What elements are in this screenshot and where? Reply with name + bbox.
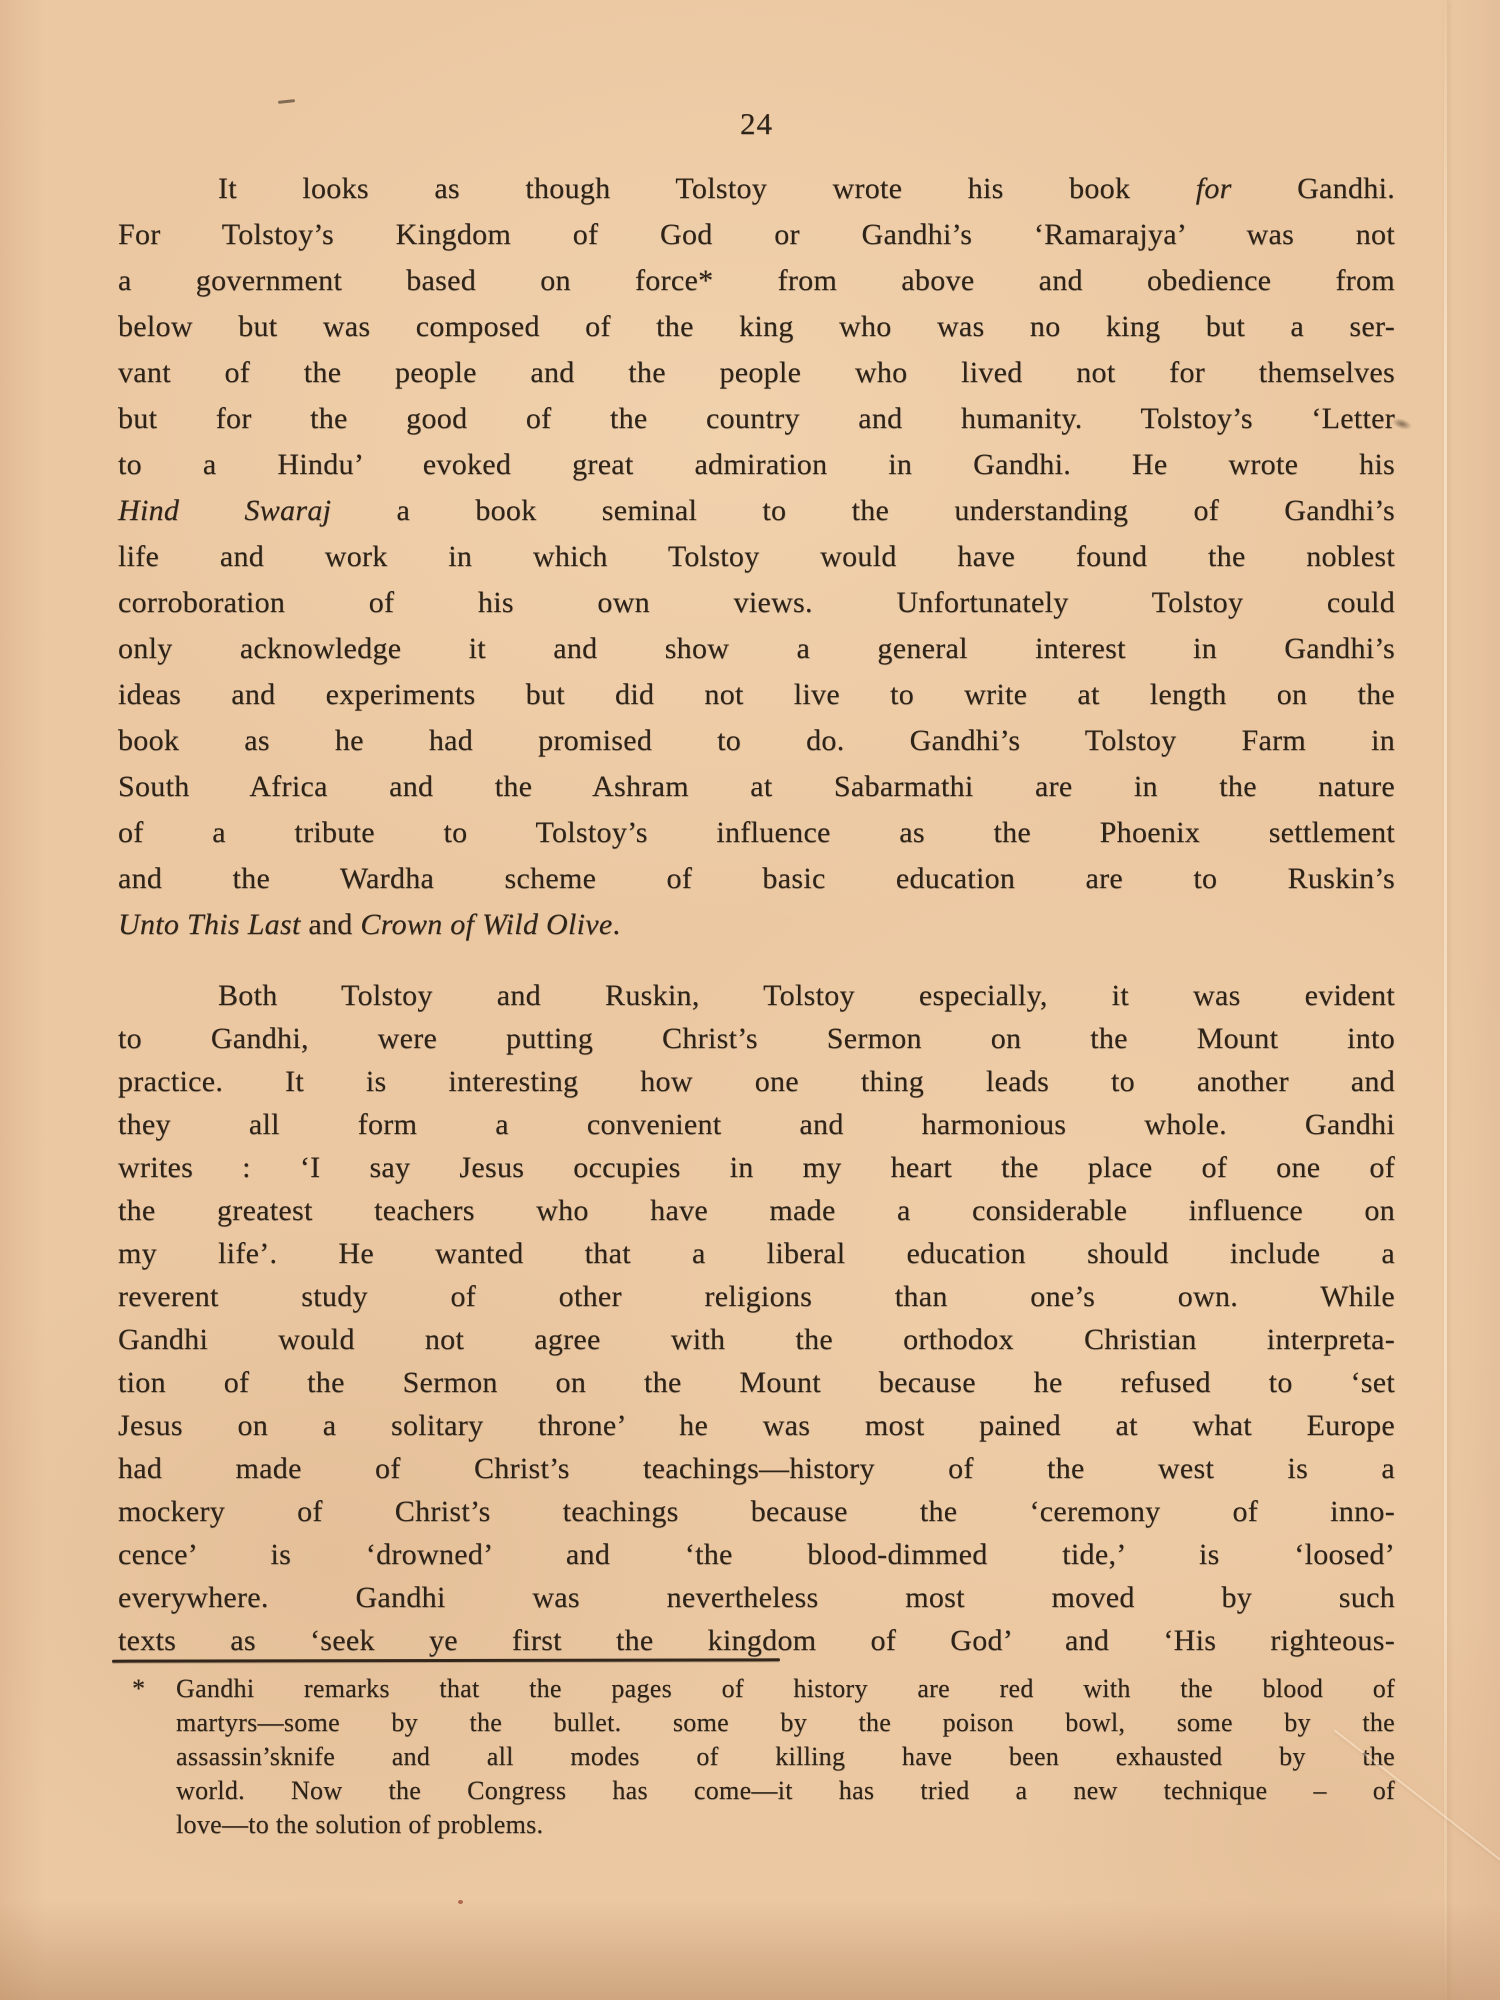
text-segment: Jesus on a solitary throne’ he was most … (118, 1409, 1395, 1442)
text-line: Jesus on a solitary throne’ he was most … (118, 1404, 1395, 1447)
text-segment: practice. It is interesting how one thin… (118, 1065, 1395, 1098)
text-line: Gandhi would not agree with the orthodox… (118, 1318, 1395, 1361)
text-line: they all form a convenient and harmoniou… (118, 1103, 1395, 1146)
italic-text: Unto This Last (118, 908, 301, 941)
text-line: martyrs—some by the bullet. some by the … (176, 1706, 1395, 1740)
footnote-marker: * (132, 1672, 145, 1706)
text-segment: book as he had promised to do. Gandhi’s … (118, 724, 1395, 757)
text-segment: of a tribute to Tolstoy’s influence as t… (118, 816, 1395, 849)
text-segment: . (613, 908, 621, 941)
text-line: For Tolstoy’s Kingdom of God or Gandhi’s… (118, 212, 1395, 258)
text-line: the greatest teachers who have made a co… (118, 1189, 1395, 1232)
text-segment: the greatest teachers who have made a co… (118, 1194, 1395, 1227)
paper-crease-vertical (1444, 0, 1447, 2000)
text-line: assassin’sknife and all modes of killing… (176, 1740, 1395, 1774)
text-segment: and (301, 908, 361, 941)
text-segment: to a Hindu’ evoked great admiration in G… (118, 448, 1395, 481)
text-segment: Gandhi. (1232, 172, 1395, 205)
text-segment: life and work in which Tolstoy would hav… (118, 540, 1395, 573)
text-segment: martyrs—some by the bullet. some by the … (176, 1708, 1395, 1737)
text-line: Gandhi remarks that the pages of history… (176, 1672, 1395, 1706)
text-line: and the Wardha scheme of basic education… (118, 856, 1395, 902)
text-segment: It looks as though Tolstoy wrote his boo… (218, 172, 1196, 205)
text-line: of a tribute to Tolstoy’s influence as t… (118, 810, 1395, 856)
red-speck (458, 1900, 463, 1904)
text-line: only acknowledge it and show a general i… (118, 626, 1395, 672)
text-segment: assassin’sknife and all modes of killing… (176, 1742, 1395, 1771)
text-line: a government based on force* from above … (118, 258, 1395, 304)
text-segment: For Tolstoy’s Kingdom of God or Gandhi’s… (118, 218, 1395, 251)
text-segment: reverent study of other religions than o… (118, 1280, 1395, 1313)
text-line: reverent study of other religions than o… (118, 1275, 1395, 1318)
text-segment: to Gandhi, were putting Christ’s Sermon … (118, 1022, 1395, 1055)
text-line: ideas and experiments but did not live t… (118, 672, 1395, 718)
text-line: to a Hindu’ evoked great admiration in G… (118, 442, 1395, 488)
text-segment: world. Now the Congress has come—it has … (176, 1776, 1395, 1805)
text-segment: Gandhi would not agree with the orthodox… (118, 1323, 1395, 1356)
text-segment: a book seminal to the understanding of G… (331, 494, 1395, 527)
text-line: texts as ‘seek ye first the kingdom of G… (118, 1619, 1395, 1662)
text-segment: love—to the solution of problems. (176, 1810, 543, 1839)
text-line: practice. It is interesting how one thin… (118, 1060, 1395, 1103)
text-line: love—to the solution of problems. (176, 1808, 1395, 1842)
italic-text: Hind Swaraj (118, 494, 331, 527)
text-line: to Gandhi, were putting Christ’s Sermon … (118, 1017, 1395, 1060)
text-line: Unto This Last and Crown of Wild Olive. (118, 902, 1395, 948)
text-line: but for the good of the country and huma… (118, 396, 1395, 442)
text-line: my life’. He wanted that a liberal educa… (118, 1232, 1395, 1275)
text-line: It looks as though Tolstoy wrote his boo… (118, 166, 1395, 212)
text-line: Both Tolstoy and Ruskin, Tolstoy especia… (118, 974, 1395, 1017)
footnote: * Gandhi remarks that the pages of histo… (118, 1672, 1395, 1842)
text-segment: ideas and experiments but did not live t… (118, 678, 1395, 711)
text-line: Hind Swaraj a book seminal to the unders… (118, 488, 1395, 534)
book-page: 24 It looks as though Tolstoy wrote his … (0, 0, 1500, 2000)
text-line: had made of Christ’s teachings—history o… (118, 1447, 1395, 1490)
text-segment: had made of Christ’s teachings—history o… (118, 1452, 1395, 1485)
pencil-mark (278, 99, 295, 104)
text-segment: writes : ‘I say Jesus occupies in my hea… (118, 1151, 1395, 1184)
text-line: below but was composed of the king who w… (118, 304, 1395, 350)
text-segment: vant of the people and the people who li… (118, 356, 1395, 389)
text-line: cence’ is ‘drowned’ and ‘the blood-dimme… (118, 1533, 1395, 1576)
text-line: world. Now the Congress has come—it has … (176, 1774, 1395, 1808)
footnote-rule (112, 1658, 780, 1662)
text-line: mockery of Christ’s teachings because th… (118, 1490, 1395, 1533)
text-line: vant of the people and the people who li… (118, 350, 1395, 396)
text-segment: corroboration of his own views. Unfortun… (118, 586, 1395, 619)
text-segment: South Africa and the Ashram at Sabarmath… (118, 770, 1395, 803)
page-number: 24 (118, 106, 1395, 142)
text-segment: tion of the Sermon on the Mount because … (118, 1366, 1395, 1399)
footnote-lines: Gandhi remarks that the pages of history… (176, 1672, 1395, 1842)
text-segment: texts as ‘seek ye first the kingdom of G… (118, 1624, 1395, 1657)
text-segment: mockery of Christ’s teachings because th… (118, 1495, 1395, 1528)
text-segment: and the Wardha scheme of basic education… (118, 862, 1395, 895)
text-line: everywhere. Gandhi was nevertheless most… (118, 1576, 1395, 1619)
italic-text: Crown of Wild Olive (360, 908, 612, 941)
text-segment: Gandhi remarks that the pages of history… (176, 1674, 1395, 1703)
text-line: writes : ‘I say Jesus occupies in my hea… (118, 1146, 1395, 1189)
text-segment: my life’. He wanted that a liberal educa… (118, 1237, 1395, 1270)
text-line: life and work in which Tolstoy would hav… (118, 534, 1395, 580)
paragraph-2: Both Tolstoy and Ruskin, Tolstoy especia… (118, 974, 1395, 1662)
text-line: corroboration of his own views. Unfortun… (118, 580, 1395, 626)
text-line: book as he had promised to do. Gandhi’s … (118, 718, 1395, 764)
italic-text: for (1196, 172, 1232, 205)
text-segment: Both Tolstoy and Ruskin, Tolstoy especia… (218, 979, 1395, 1012)
text-line: tion of the Sermon on the Mount because … (118, 1361, 1395, 1404)
paragraph-1: It looks as though Tolstoy wrote his boo… (118, 166, 1395, 948)
text-line: South Africa and the Ashram at Sabarmath… (118, 764, 1395, 810)
text-segment: everywhere. Gandhi was nevertheless most… (118, 1581, 1395, 1614)
text-segment: cence’ is ‘drowned’ and ‘the blood-dimme… (118, 1538, 1395, 1571)
text-segment: only acknowledge it and show a general i… (118, 632, 1395, 665)
text-segment: below but was composed of the king who w… (118, 310, 1395, 343)
text-segment: but for the good of the country and huma… (118, 402, 1395, 435)
text-segment: a government based on force* from above … (118, 264, 1395, 297)
text-segment: they all form a convenient and harmoniou… (118, 1108, 1395, 1141)
